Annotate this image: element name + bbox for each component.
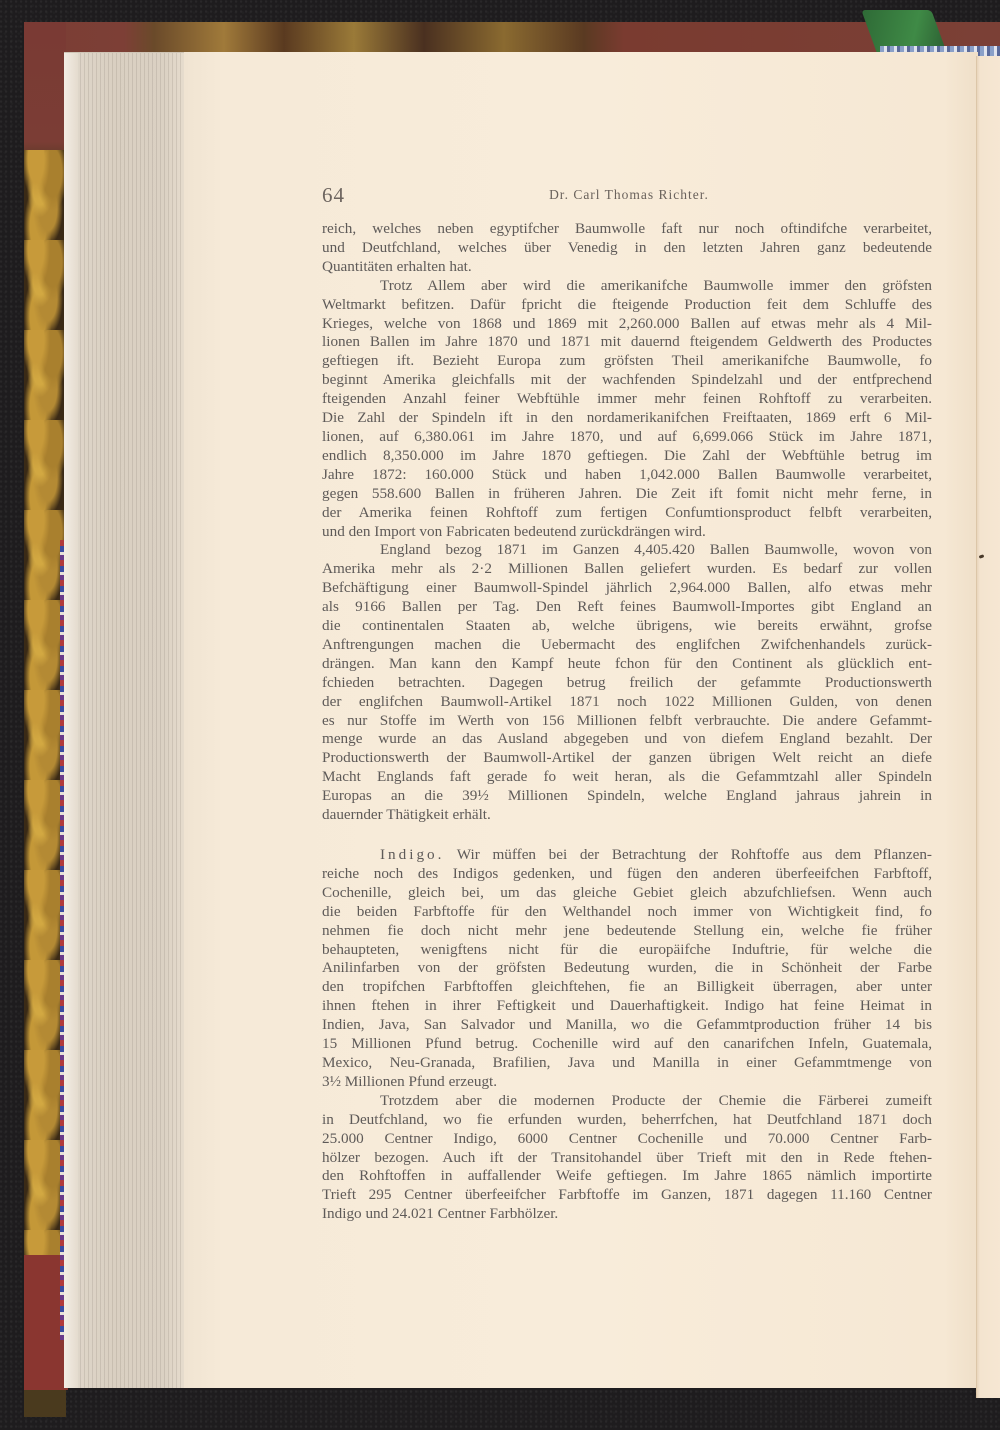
text-line: nehmen fie doch nicht mehr jene bedeuten… bbox=[322, 922, 932, 941]
text-line: menge wurde an das Ausland abgegeben und… bbox=[322, 730, 932, 749]
text-line: dauernder Thätigkeit erhält. bbox=[322, 806, 932, 825]
text-line: Krieges, welche von 1868 und 1869 mit 2,… bbox=[322, 315, 932, 334]
text-line: die continentalen Staaten ab, welche übr… bbox=[322, 617, 932, 636]
text-line: die beiden Farbftoffe für den Welthandel… bbox=[322, 903, 932, 922]
text-line: Cochenille, gleich bei, um das gleiche G… bbox=[322, 884, 932, 903]
text-line: Macht Englands faft gerade fo weit heran… bbox=[322, 768, 932, 787]
paragraph-indigo: Indigo. Wir müffen bei der Betrachtung d… bbox=[322, 846, 932, 1092]
text-line: behaupteten, wenigftens nicht für die eu… bbox=[322, 941, 932, 960]
text-line: Indigo und 24.021 Centner Farbhölzer. bbox=[322, 1205, 932, 1224]
text-line: 3½ Millionen Pfund erzeugt. bbox=[322, 1073, 932, 1092]
text-line: in Deutfchland, wo fie erfunden wurden, … bbox=[322, 1111, 932, 1130]
text-line: Trieft 295 Centner überfeeifcher Farbfto… bbox=[322, 1186, 932, 1205]
text-line: den tropifchen Farbftoffen gleichftehen,… bbox=[322, 978, 932, 997]
text-line: Trotzdem aber die modernen Producte der … bbox=[322, 1092, 932, 1111]
next-page-edge bbox=[976, 56, 1000, 1398]
text-line: ihnen ftehen in ihrer Feftigkeit und Dau… bbox=[322, 997, 932, 1016]
text-line: den Rohftoffen in auffallender Weife gef… bbox=[322, 1167, 932, 1186]
paragraph: Trotz Allem aber wird die amerikanifche … bbox=[322, 277, 932, 542]
text-line: geftiegen ift. Bezieht Europa zum gröfst… bbox=[322, 352, 932, 371]
text-line: endlich 8,350.000 im Jahre 1870 geftiege… bbox=[322, 447, 932, 466]
text-line: Befchäftigung einer Baumwoll-Spindel jäh… bbox=[322, 579, 932, 598]
text-line: und Deutfchland, welches über Venedig in… bbox=[322, 239, 932, 258]
text-line: lionen, auf 6,380.061 im Jahre 1870, und… bbox=[322, 428, 932, 447]
text-line: beginnt Amerika gleichfalls mit der wach… bbox=[322, 371, 932, 390]
text-line: und den Import von Fabricaten bedeutend … bbox=[322, 523, 932, 542]
text-line: Anftrengungen machen die Uebermacht des … bbox=[322, 636, 932, 655]
text-line: fchieden betrachten. Dagegen betrug frei… bbox=[322, 674, 932, 693]
text-line: 25.000 Centner Indigo, 6000 Centner Coch… bbox=[322, 1130, 932, 1149]
text-line: Mexico, Neu-Granada, Brafilien, Java und… bbox=[322, 1054, 932, 1073]
text-line: Amerika mehr als 2·2 Millionen Ballen ge… bbox=[322, 560, 932, 579]
section-lead-word: Indigo. bbox=[380, 846, 444, 863]
text-line: 15 Millionen Pfund betrug. Cochenille wi… bbox=[322, 1035, 932, 1054]
body-text: reich, welches neben egyptifcher Baumwol… bbox=[322, 220, 932, 1224]
text-line: Productionswerth der Baumwoll-Artikel de… bbox=[322, 749, 932, 768]
text-line: der englifchen Baumwoll-Artikel 1871 noc… bbox=[322, 693, 932, 712]
text-line: hölzer bezogen. Auch ift der Transitohan… bbox=[322, 1149, 932, 1168]
text-line: Die Zahl der Spindeln ift in den nordame… bbox=[322, 409, 932, 428]
text-line: Weltmarkt befitzen. Dafür fpricht die ft… bbox=[322, 296, 932, 315]
text-line: England bezog 1871 im Ganzen 4,405.420 B… bbox=[322, 541, 932, 560]
running-head-title: Dr. Carl Thomas Richter. bbox=[322, 187, 936, 203]
text-line: drängen. Man kann den Kampf heute fchon … bbox=[322, 655, 932, 674]
text-line: lionen Ballen im Jahre 1870 und 1871 mit… bbox=[322, 333, 932, 352]
text-line: reich, welches neben egyptifcher Baumwol… bbox=[322, 220, 932, 239]
paragraph: reich, welches neben egyptifcher Baumwol… bbox=[322, 220, 932, 277]
text-line: Europas an die 39½ Millionen Spindeln, w… bbox=[322, 787, 932, 806]
text-line: als 9166 Ballen per Tag. Den Reft feines… bbox=[322, 598, 932, 617]
text-line: fteigenden Anzahl feiner Webftühle immer… bbox=[322, 390, 932, 409]
text-line: Trotz Allem aber wird die amerikanifche … bbox=[322, 277, 932, 296]
text-line: Jahre 1872: 160.000 Stück und haben 1,04… bbox=[322, 466, 932, 485]
text-line: es nur Stoffe im Werth von 156 Millionen… bbox=[322, 712, 932, 731]
text-line: Quantitäten erhalten hat. bbox=[322, 258, 932, 277]
running-head: 64 Dr. Carl Thomas Richter. bbox=[322, 183, 936, 207]
paragraph: Trotzdem aber die modernen Producte der … bbox=[322, 1092, 932, 1224]
page-block-fore-edge bbox=[64, 52, 184, 1388]
text-line: gegen 558.600 Ballen in früheren Jahren.… bbox=[322, 485, 932, 504]
text-line: reiche noch des Indigos gedenken, und fü… bbox=[322, 865, 932, 884]
marbled-cover-paper bbox=[24, 150, 64, 1315]
text-fragment: Wir müffen bei der Betrachtung der Rohft… bbox=[444, 846, 932, 863]
paragraph: England bezog 1871 im Ganzen 4,405.420 B… bbox=[322, 541, 932, 825]
text-line: Indien, Java, San Salvador und Manilla, … bbox=[322, 1016, 932, 1035]
text-line: Indigo. Wir müffen bei der Betrachtung d… bbox=[322, 846, 932, 865]
text-line: Anilinfarben von der gröfsten Bedeutung … bbox=[322, 959, 932, 978]
text-line: der Amerika feinen Rohftoff zum fertigen… bbox=[322, 504, 932, 523]
